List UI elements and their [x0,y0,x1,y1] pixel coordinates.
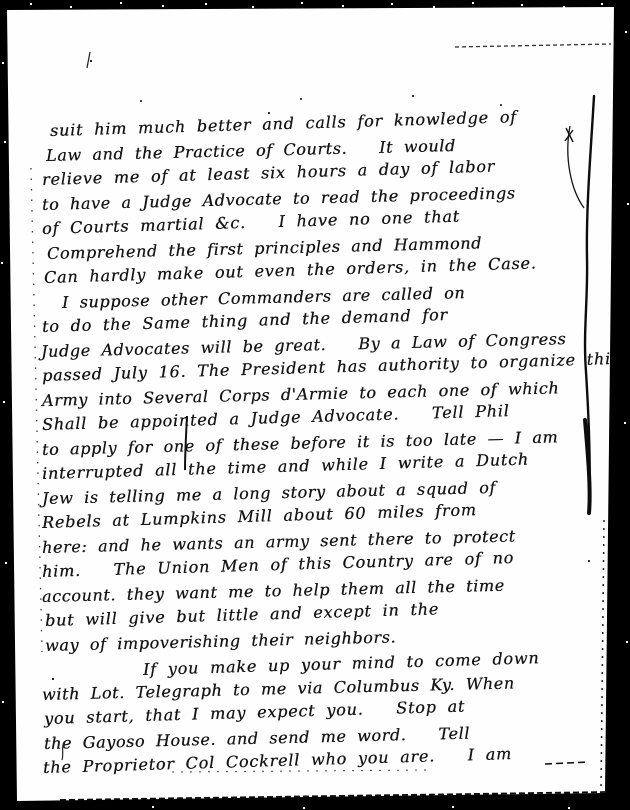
letter-body: suit him much better and calls for knowl… [0,119,630,781]
scan-noise-speckles [0,0,2,2]
letter-page: suit him much better and calls for knowl… [0,0,630,810]
scanned-letter-canvas: suit him much better and calls for knowl… [0,0,630,810]
